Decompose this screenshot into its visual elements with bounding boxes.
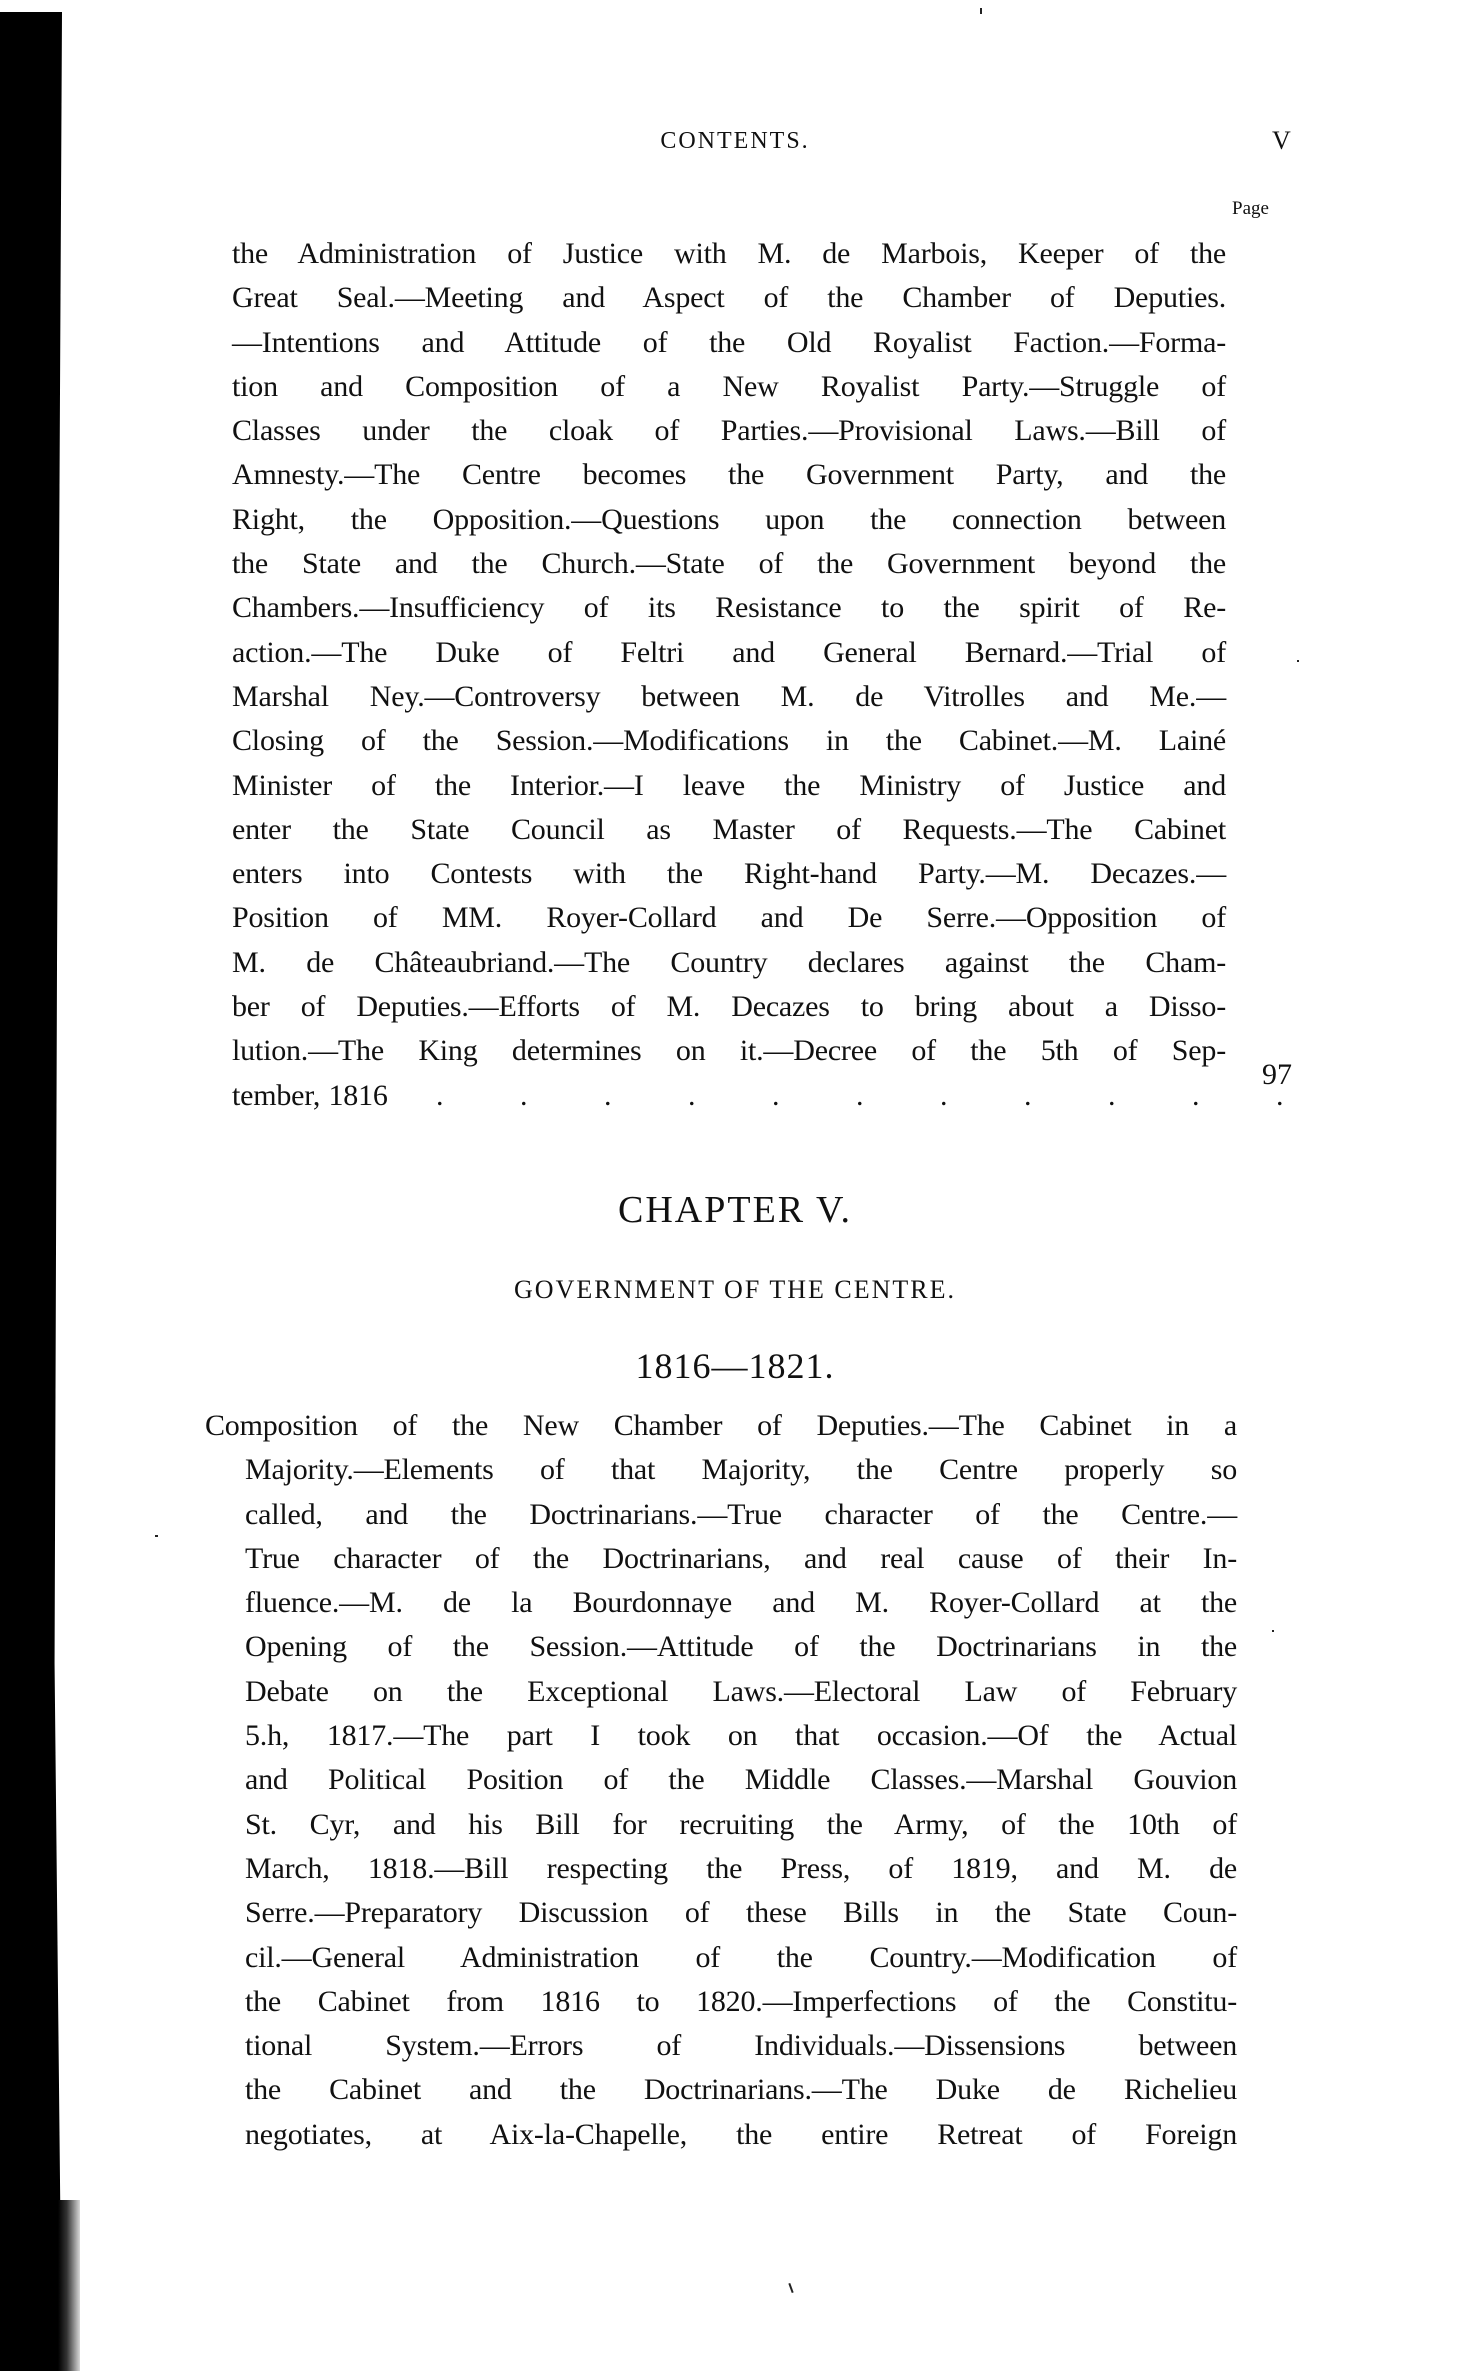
scan-speck — [1297, 660, 1299, 662]
summary-line: tion and Composition of a New Royalist P… — [232, 365, 1226, 409]
summary-line: enters into Contests with the Right-hand… — [232, 852, 1226, 896]
chapter-summary-line: March, 1818.—Bill respecting the Press, … — [205, 1847, 1237, 1891]
chapter-summary-line: Serre.—Preparatory Discussion of these B… — [205, 1891, 1237, 1935]
summary-line: Marshal Ney.—Controversy between M. de V… — [232, 675, 1226, 719]
chapter-summary-line: tional System.—Errors of Individuals.—Di… — [205, 2024, 1237, 2068]
chapter-summary-line: the Cabinet from 1816 to 1820.—Imperfect… — [205, 1980, 1237, 2024]
chapter-years: 1816—1821. — [0, 1345, 1470, 1387]
summary-line: —Intentions and Attitude of the Old Roya… — [232, 321, 1226, 365]
scan-speck — [980, 8, 982, 14]
scan-speck — [155, 1535, 158, 1537]
summary-line: ber of Deputies.—Efforts of M. Decazes t… — [232, 985, 1226, 1029]
summary-line: Great Seal.—Meeting and Aspect of the Ch… — [232, 276, 1226, 320]
summary-final-text: tember, 1816 — [232, 1079, 388, 1112]
summary-line: Chambers.—Insufficiency of its Resistanc… — [232, 586, 1226, 630]
summary-line: lution.—The King determines on it.—Decre… — [232, 1029, 1226, 1073]
chapter-summary-line: Opening of the Session.—Attitude of the … — [205, 1625, 1237, 1669]
chapter-summary-line: 5.h, 1817.—The part I took on that occas… — [205, 1714, 1237, 1758]
previous-chapter-summary: the Administration of Justice with M. de… — [232, 232, 1226, 1118]
chapter-summary-line: Majority.—Elements of that Majority, the… — [205, 1448, 1237, 1492]
summary-line: Amnesty.—The Centre becomes the Governme… — [232, 453, 1226, 497]
scan-speck — [788, 2283, 793, 2293]
summary-line: Classes under the cloak of Parties.—Prov… — [232, 409, 1226, 453]
toc-page-number: 97 — [1262, 1058, 1292, 1092]
chapter-summary: Composition of the New Chamber of Deputi… — [205, 1404, 1237, 2157]
page-folio: V — [1272, 126, 1291, 156]
chapter-summary-line: called, and the Doctrinarians.—True char… — [205, 1493, 1237, 1537]
summary-line: the Administration of Justice with M. de… — [232, 232, 1226, 276]
scan-speck — [1272, 1630, 1274, 1632]
running-title: CONTENTS. — [0, 128, 1470, 155]
chapter-summary-line: Debate on the Exceptional Laws.—Electora… — [205, 1670, 1237, 1714]
summary-line: the State and the Church.—State of the G… — [232, 542, 1226, 586]
summary-line: enter the State Council as Master of Req… — [232, 808, 1226, 852]
chapter-heading: CHAPTER V. — [0, 1188, 1470, 1232]
summary-line: Right, the Opposition.—Questions upon th… — [232, 498, 1226, 542]
chapter-summary-line: and Political Position of the Middle Cla… — [205, 1758, 1237, 1802]
chapter-summary-line: negotiates, at Aix-la-Chapelle, the enti… — [205, 2113, 1237, 2157]
chapter-subtitle: GOVERNMENT OF THE CENTRE. — [0, 1275, 1470, 1305]
chapter-summary-line: the Cabinet and the Doctrinarians.—The D… — [205, 2068, 1237, 2112]
summary-line: Position of MM. Royer-Collard and De Ser… — [232, 896, 1226, 940]
chapter-summary-line: fluence.—M. de la Bourdonnaye and M. Roy… — [205, 1581, 1237, 1625]
summary-line: Minister of the Interior.—I leave the Mi… — [232, 764, 1226, 808]
chapter-summary-line: True character of the Doctrinarians, and… — [205, 1537, 1237, 1581]
dot-leader: . . . . . . . . . . . — [436, 1079, 1318, 1112]
summary-line: Closing of the Session.—Modifications in… — [232, 719, 1226, 763]
summary-final-line: tember, 1816 . . . . . . . . . . . — [232, 1074, 1226, 1118]
scan-binding-edge — [58, 2200, 80, 2371]
summary-line: M. de Châteaubriand.—The Country declare… — [232, 941, 1226, 985]
chapter-summary-line: St. Cyr, and his Bill for recruiting the… — [205, 1803, 1237, 1847]
chapter-summary-line: Composition of the New Chamber of Deputi… — [205, 1404, 1237, 1448]
page-column-label: Page — [1232, 198, 1269, 220]
summary-line: action.—The Duke of Feltri and General B… — [232, 631, 1226, 675]
chapter-summary-line: cil.—General Administration of the Count… — [205, 1936, 1237, 1980]
